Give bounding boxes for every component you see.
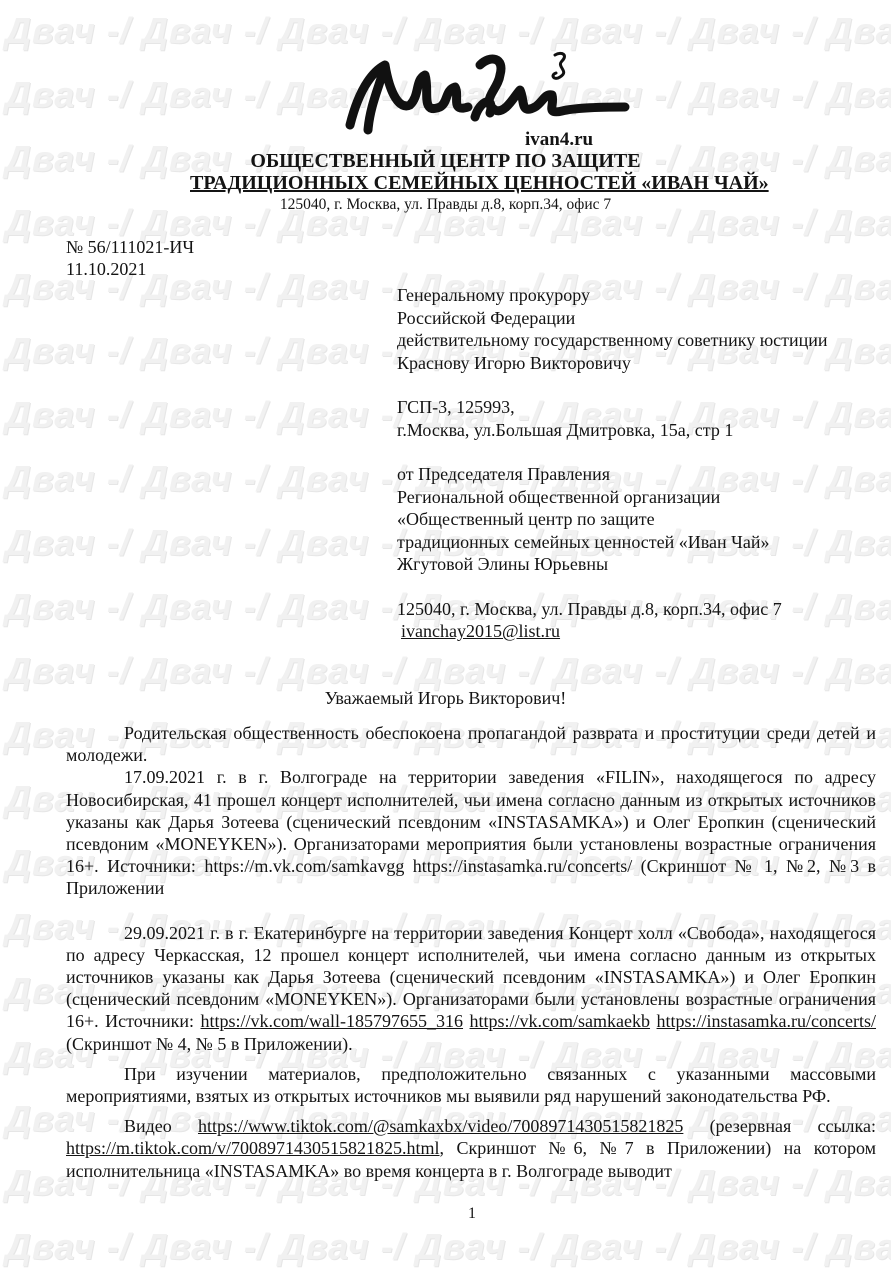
sender-line: «Общественный центр по защите	[397, 508, 828, 531]
vk-samkaekb-link[interactable]: https://vk.com/samkaekb	[470, 1011, 650, 1031]
paragraph-5: Видео https://www.tiktok.com/@samkaxbx/v…	[66, 1115, 876, 1182]
paragraph-2: 17.09.2021 г. в г. Волгограде на террито…	[66, 766, 876, 899]
reference-number: № 56/111021-ИЧ	[66, 236, 194, 258]
recipient-line: Генеральному прокурору	[397, 284, 828, 307]
recipient-address: ГСП-3, 125993, г.Москва, ул.Большая Дмит…	[397, 396, 828, 441]
letter-body: Родительская общественность обеспокоена …	[66, 722, 876, 1182]
paragraph-5-lead: Видео	[124, 1116, 198, 1136]
ivan-chai-logo	[330, 45, 630, 140]
org-address: 125040, г. Москва, ул. Правды д.8, корп.…	[0, 196, 891, 214]
greeting: Уважаемый Игорь Викторович!	[0, 688, 891, 709]
reference-block: № 56/111021-ИЧ 11.10.2021	[66, 236, 194, 280]
recipient-line: действительному государственному советни…	[397, 329, 828, 352]
page-number: 1	[468, 1205, 476, 1223]
sender-line: традиционных семейных ценностей «Иван Ча…	[397, 531, 828, 554]
paragraph-4: При изучении материалов, предположительн…	[66, 1063, 876, 1107]
instasamka-concerts-link[interactable]: https://instasamka.ru/concerts/	[657, 1011, 876, 1031]
paragraph-1: Родительская общественность обеспокоена …	[66, 722, 876, 766]
sender-line: Региональной общественной организации	[397, 486, 828, 509]
recipient-line: Краснову Игорю Викторовичу	[397, 352, 828, 375]
org-name-line2: ТРАДИЦИОННЫХ СЕМЕЙНЫХ ЦЕННОСТЕЙ «ИВАН ЧА…	[190, 172, 769, 195]
sender-line: от Председателя Правления	[397, 463, 828, 486]
addressee-block: Генеральному прокурору Российской Федера…	[397, 284, 828, 643]
sender-address: 125040, г. Москва, ул. Правды д.8, корп.…	[397, 598, 828, 621]
tiktok-backup-link[interactable]: https://m.tiktok.com/v/70089714305158218…	[66, 1138, 440, 1158]
website-url: ivan4.ru	[525, 129, 593, 151]
sender: от Председателя Правления Региональной о…	[397, 463, 828, 576]
reference-date: 11.10.2021	[66, 258, 194, 280]
recipient-line: Российской Федерации	[397, 307, 828, 330]
paragraph-3: 29.09.2021 г. в г. Екатеринбурге на терр…	[66, 922, 876, 1055]
recipient: Генеральному прокурору Российской Федера…	[397, 284, 828, 374]
sender-line: Жгутовой Элины Юрьевны	[397, 553, 828, 576]
recipient-address-line: ГСП-3, 125993,	[397, 396, 828, 419]
recipient-address-line: г.Москва, ул.Большая Дмитровка, 15а, стр…	[397, 419, 828, 442]
paragraph-3-tail: (Скриншот № 4, № 5 в Приложении).	[66, 1034, 353, 1054]
sender-contact: 125040, г. Москва, ул. Правды д.8, корп.…	[397, 598, 828, 643]
paragraph-5-mid: (резервная ссылка:	[683, 1116, 876, 1136]
vk-wall-link[interactable]: https://vk.com/wall-185797655_316	[201, 1011, 464, 1031]
org-name-line1: ОБЩЕСТВЕННЫЙ ЦЕНТР ПО ЗАЩИТЕ	[0, 150, 891, 173]
tiktok-video-link[interactable]: https://www.tiktok.com/@samkaxbx/video/7…	[198, 1116, 683, 1136]
sender-email-link[interactable]: ivanchay2015@list.ru	[401, 620, 828, 643]
